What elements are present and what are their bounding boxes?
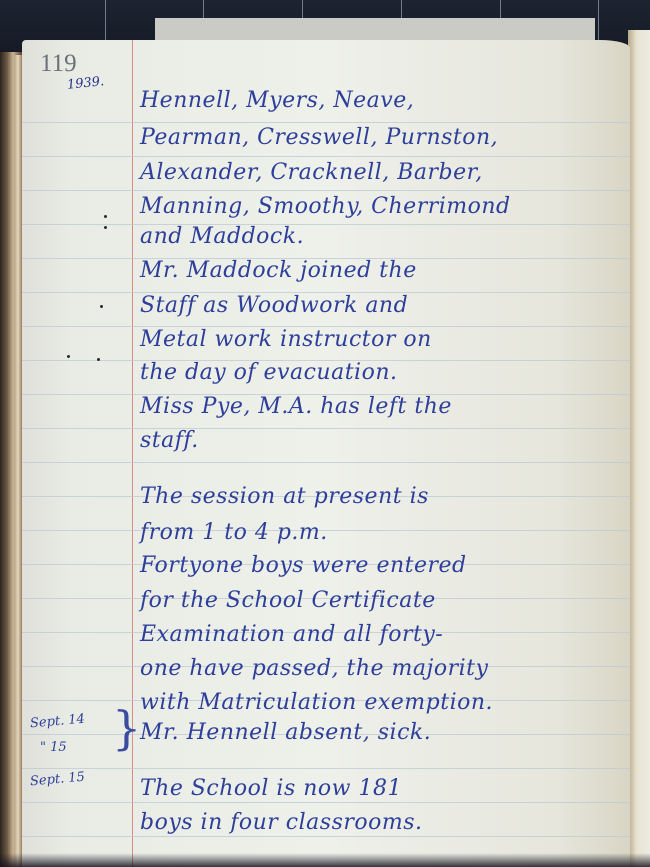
entry-line: from 1 to 4 p.m. [140,520,630,545]
entry-line: Alexander, Cracknell, Barber, [140,160,630,185]
entry-line: Mr. Hennell absent, sick. [140,720,630,745]
entry-line: Miss Pye, M.A. has left the [140,394,630,419]
entry-line: Examination and all forty- [140,622,630,647]
entry-line: staff. [140,428,630,453]
entry-line: boys in four classrooms. [140,810,630,835]
entry-line: Mr. Maddock joined the [140,258,630,283]
ink-dot [104,226,107,229]
entry-line: The session at present is [140,484,630,509]
entry-line: Metal work instructor on [140,327,630,352]
ink-dot [67,355,70,358]
ruled-line [22,802,630,803]
entry-line: Pearman, Cresswell, Purnston, [140,125,630,150]
entry-line: the day of evacuation. [140,360,630,385]
entry-line: for the School Certificate [140,588,630,613]
entry-line: Fortyone boys were entered [140,553,630,578]
ruled-line [22,156,630,157]
ruled-line [22,122,630,123]
bottom-shadow [0,853,650,867]
stacked-pages-edge [14,55,22,867]
entry-line: Manning, Smoothy, Cherrimond [140,194,630,219]
ruled-line [22,462,630,463]
entry-line: with Matriculation exemption. [140,690,630,715]
margin-date-note: " 15 [40,740,67,755]
ink-dot [100,305,103,308]
ink-dot [104,215,107,218]
margin-brace: } [112,705,141,751]
entry-line: The School is now 181 [140,776,630,801]
ruled-line [22,768,630,769]
printed-page-number: 119 [40,50,77,78]
adjacent-right-page [628,30,650,867]
ruled-line [22,190,630,191]
entry-line: one have passed, the majority [140,656,630,681]
ruled-line [22,836,630,837]
entry-line: and Maddock. [140,224,630,249]
entry-line: Staff as Woodwork and [140,293,630,318]
entry-line: Hennell, Myers, Neave, [140,88,630,113]
ink-dot [97,358,100,361]
